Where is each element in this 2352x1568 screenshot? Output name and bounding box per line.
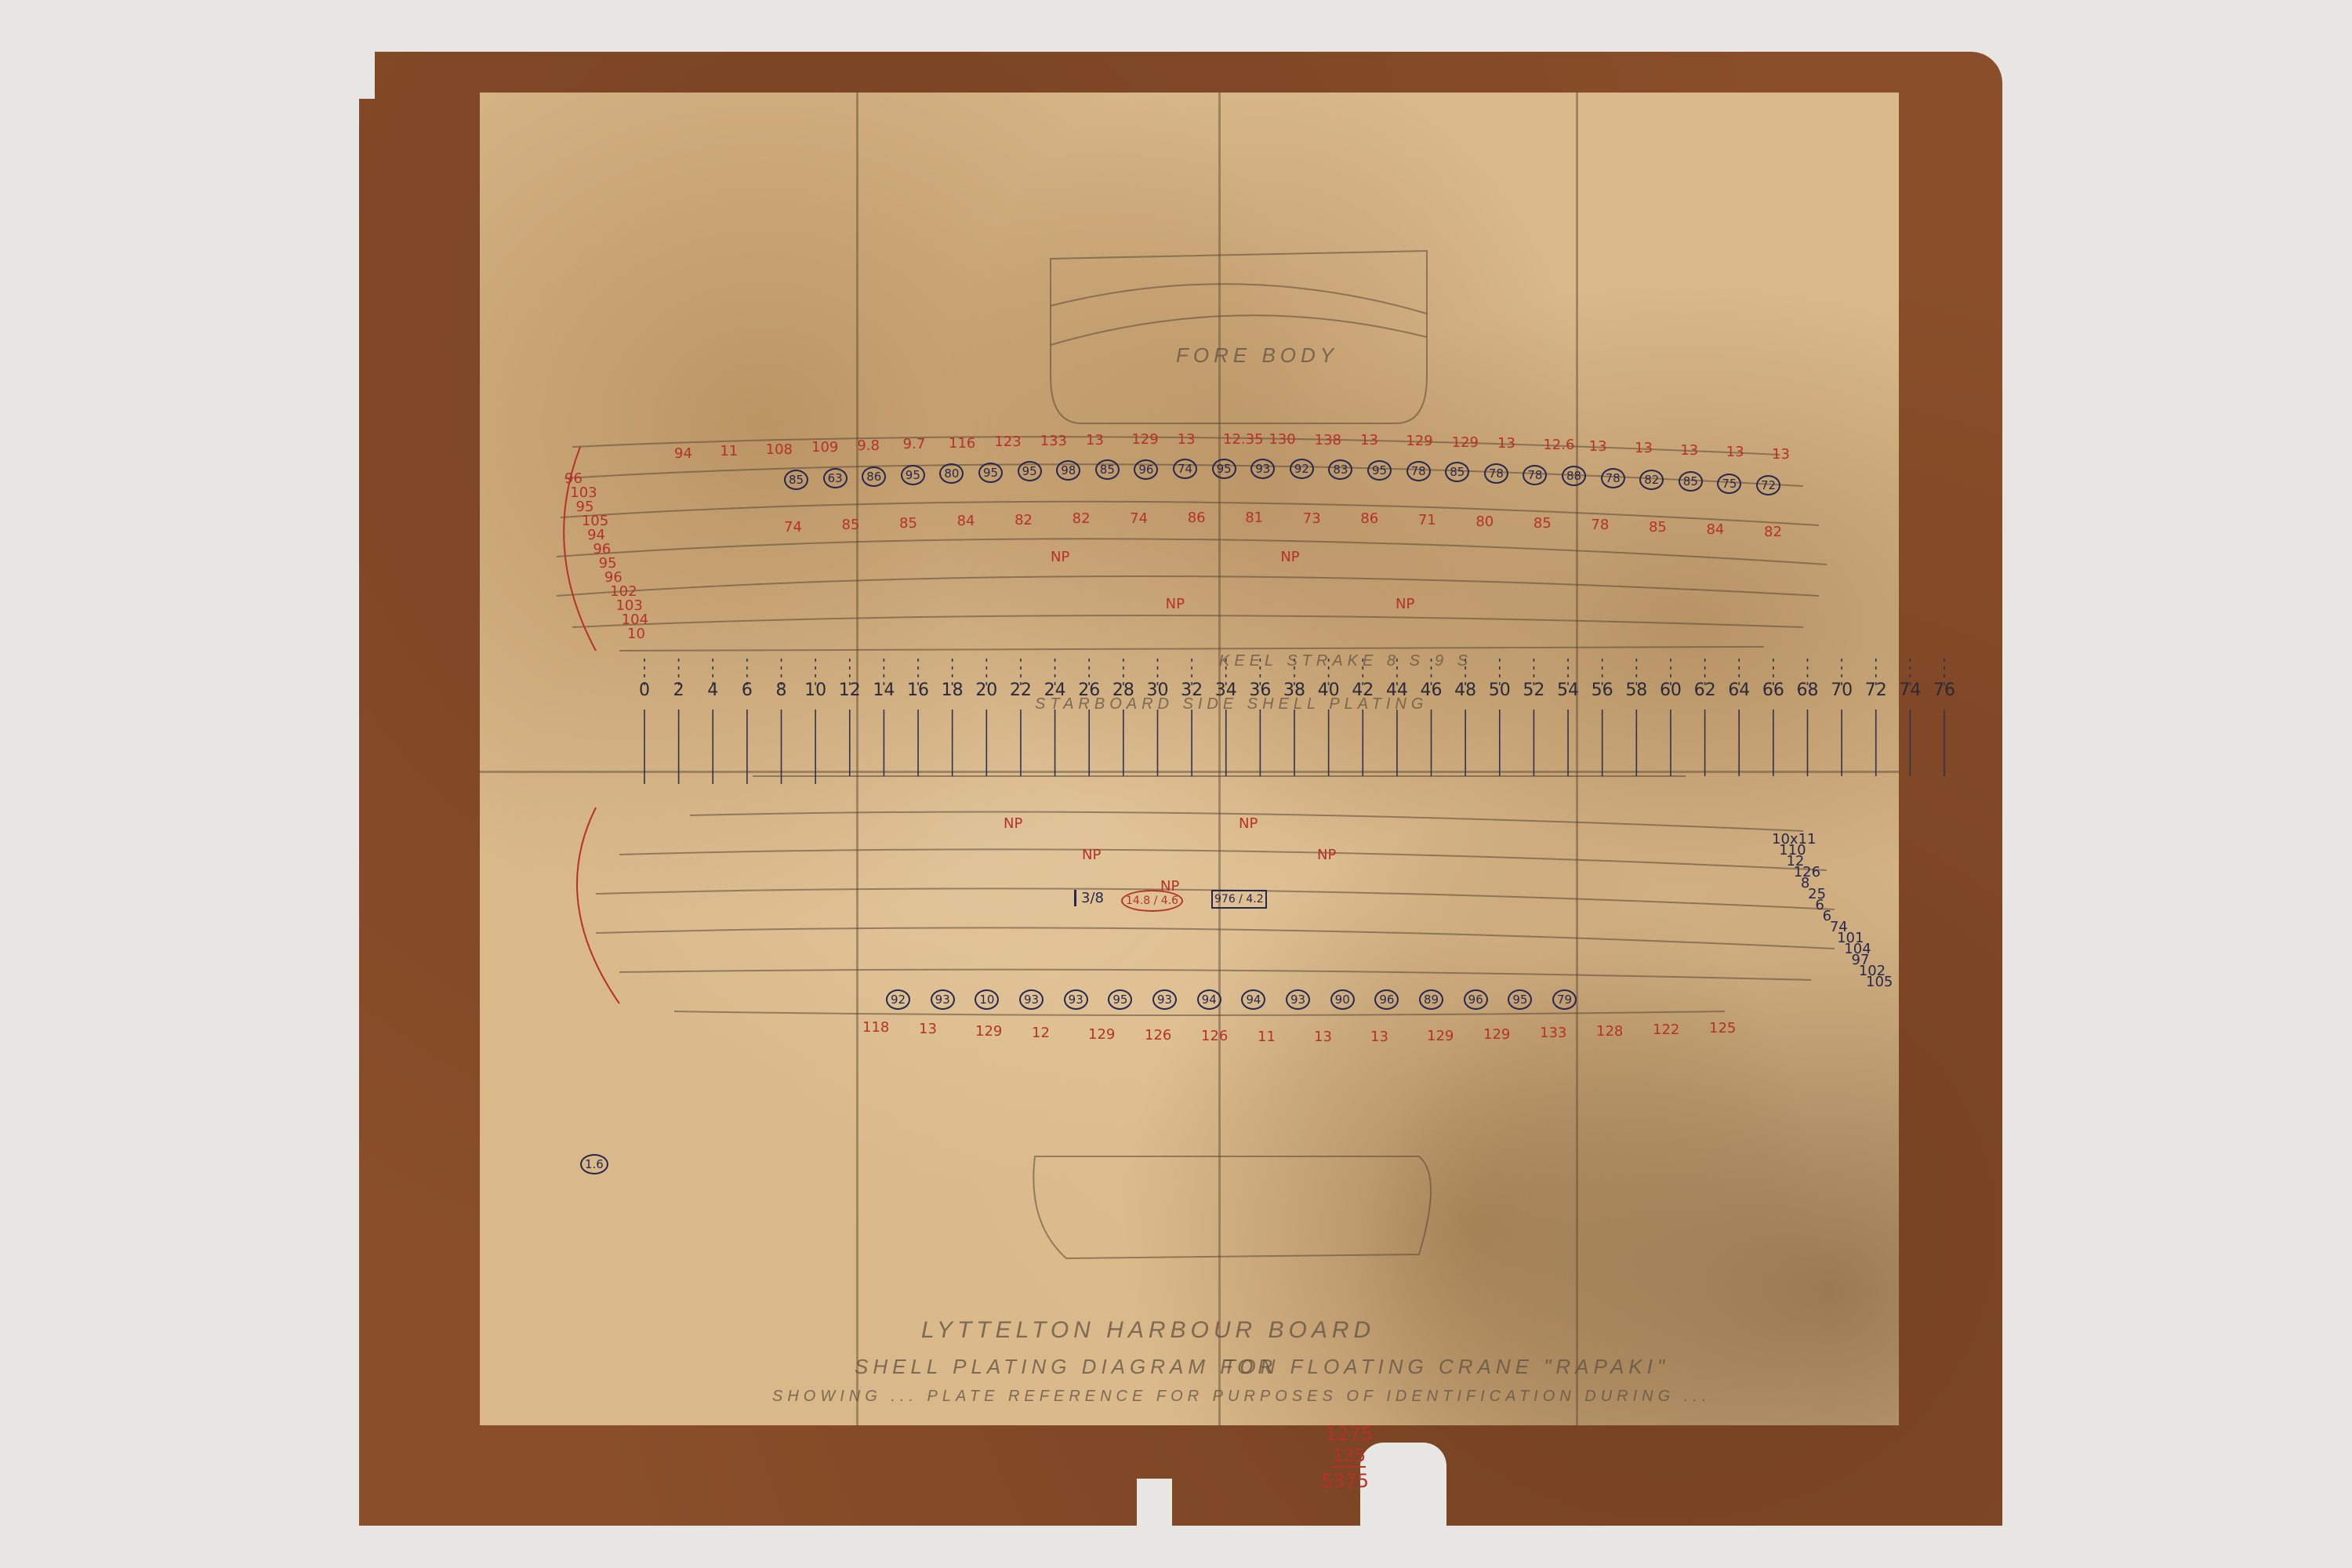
reading: 93 [931, 989, 955, 1010]
frame-number: 62 [1694, 681, 1716, 700]
reading: 9.7 [903, 436, 926, 452]
reading: 133 [1540, 1025, 1566, 1041]
frame-number: 54 [1557, 681, 1579, 700]
reading: 94 [1197, 989, 1221, 1010]
bottom-sum-1: 1275 [1325, 1423, 1373, 1445]
reading: 129 [975, 1023, 1002, 1040]
reading: 13 [1370, 1029, 1388, 1045]
reading: 63 [823, 468, 848, 488]
reading: 122 [1653, 1022, 1679, 1038]
reading: 129 [1131, 431, 1158, 448]
frame-number: 4 [707, 681, 718, 700]
reading: 108 [766, 441, 793, 458]
reading: 13 [1772, 446, 1790, 463]
reading: NP [1051, 549, 1069, 565]
circled-note: 1.6 [580, 1154, 608, 1174]
frame-number: 12 [839, 681, 861, 700]
frame-number: 50 [1489, 681, 1511, 700]
reading: 13 [919, 1021, 937, 1037]
reading: 95 [978, 463, 1003, 483]
frame-number: 76 [1933, 681, 1955, 700]
reading: 75 [1717, 474, 1741, 494]
frame-number: 8 [776, 681, 787, 700]
reading: 93 [1286, 989, 1310, 1010]
reading: 13 [1635, 440, 1653, 456]
frame-number: 22 [1010, 681, 1032, 700]
bracket-value-2: 14.8 / 4.6 [1121, 890, 1183, 912]
reading: 10 [627, 626, 645, 642]
reading: 74 [1130, 510, 1148, 527]
frame-number: 70 [1831, 681, 1853, 700]
reading: 93 [1064, 989, 1088, 1010]
reading: 89 [1419, 989, 1443, 1010]
frame-number: 56 [1592, 681, 1613, 700]
frame-number: 10 [804, 681, 826, 700]
reading: 94 [674, 445, 692, 462]
reading: 85 [1649, 519, 1667, 535]
reading: 78 [1523, 465, 1547, 485]
reading: 13 [1726, 444, 1744, 460]
reading: 125 [1709, 1020, 1736, 1036]
frame-number: 0 [639, 681, 650, 700]
frame-number: 74 [1899, 681, 1921, 700]
reading: 82 [1764, 524, 1782, 540]
reading: 12 [1032, 1025, 1050, 1041]
reading: 71 [1418, 512, 1436, 528]
reading: 129 [1406, 433, 1432, 449]
reading: 133 [1040, 433, 1067, 449]
reading: 96 [1464, 989, 1488, 1010]
reading: 95 [1018, 461, 1042, 481]
frame-number: 72 [1865, 681, 1887, 700]
reading: 74 [1173, 459, 1197, 479]
reading: 81 [1245, 510, 1263, 526]
frame-number: 60 [1660, 681, 1682, 700]
reading: 93 [1152, 989, 1177, 1010]
starboard-label: STARBOARD SIDE SHELL PLATING [1035, 695, 1428, 713]
reading: 73 [1303, 510, 1321, 527]
reading: 85 [1679, 471, 1703, 492]
frame-number: 66 [1762, 681, 1784, 700]
frame-number: 6 [742, 681, 753, 700]
title-line-2-right: TON FLOATING CRANE "RAPAKI" [1223, 1355, 1669, 1379]
reading: 85 [899, 515, 917, 532]
reading: NP [1166, 596, 1185, 612]
reading: 13 [1589, 438, 1607, 455]
reading: 118 [862, 1019, 889, 1036]
reading: 95 [1212, 459, 1236, 479]
reading: 86 [1360, 510, 1378, 527]
reading: 13 [1178, 431, 1196, 448]
reading: 12.6 [1543, 437, 1574, 453]
frame-number: 18 [942, 681, 964, 700]
reading: 11 [1258, 1029, 1276, 1045]
reading: 109 [811, 439, 838, 456]
reading: 78 [1484, 463, 1508, 484]
reading: 13 [1497, 435, 1515, 452]
reading: NP [1280, 549, 1299, 565]
reading: NP [1082, 847, 1101, 863]
reading: 95 [901, 465, 925, 485]
reading: 82 [1639, 470, 1664, 490]
title-line-3: SHOWING ... PLATE REFERENCE FOR PURPOSES… [772, 1388, 1711, 1406]
bottom-sum-3: 5375 [1321, 1470, 1369, 1492]
reading: 85 [842, 517, 860, 533]
reading: NP [1317, 847, 1336, 863]
reading: 86 [1188, 510, 1206, 526]
reading: 13 [1680, 442, 1698, 459]
reading: NP [1396, 596, 1414, 612]
reading: 90 [1330, 989, 1355, 1010]
bracket-value-1: 3/8 [1074, 890, 1104, 906]
keel-strake-label-2: 9 S [1435, 652, 1472, 670]
fore-body-label: FORE BODY [1176, 343, 1338, 368]
reading: 126 [1201, 1028, 1228, 1044]
reading: 105 [1866, 974, 1893, 990]
reading: 92 [886, 989, 910, 1010]
frame-number: 16 [907, 681, 929, 700]
reading: 85 [1095, 459, 1120, 480]
reading: 78 [1591, 517, 1609, 533]
title-line-2-left: SHELL PLATING DIAGRAM FOR [855, 1355, 1277, 1379]
reading: 12.35 [1223, 431, 1264, 448]
reading: 11 [720, 443, 738, 459]
reading: 126 [1145, 1027, 1171, 1044]
reading: 78 [1406, 461, 1431, 481]
reading: NP [1004, 815, 1022, 832]
reading: 95 [1367, 460, 1392, 481]
reading: 9.8 [857, 437, 880, 454]
reading: NP [1239, 815, 1258, 832]
reading: 84 [957, 513, 975, 529]
reading: 116 [949, 435, 975, 452]
bottom-sum-2: 135 [1333, 1446, 1366, 1468]
keel-strake-label: KEEL STRAKE 8 S [1219, 652, 1425, 670]
bracket-value-3: 976 / 4.2 [1211, 890, 1267, 909]
reading: 80 [1475, 514, 1494, 530]
reading: 129 [1483, 1026, 1510, 1043]
frame-number: 64 [1728, 681, 1750, 700]
reading: 129 [1452, 434, 1479, 451]
reading: 84 [1706, 521, 1724, 538]
reading: 82 [1014, 512, 1033, 528]
reading: 130 [1269, 431, 1295, 448]
reading: 82 [1073, 510, 1091, 527]
reading: 129 [1088, 1026, 1115, 1043]
frame-number: 14 [873, 681, 895, 700]
reading: 78 [1601, 468, 1625, 488]
frame-number: 20 [975, 681, 997, 700]
reading: 128 [1596, 1023, 1623, 1040]
frame-number: 58 [1625, 681, 1647, 700]
reading: 13 [1314, 1029, 1332, 1045]
reading: 93 [1019, 989, 1044, 1010]
reading: 85 [1534, 515, 1552, 532]
reading: 79 [1552, 989, 1577, 1010]
reading: 74 [784, 519, 802, 535]
reading: 13 [1360, 432, 1378, 448]
frame-number: 48 [1454, 681, 1476, 700]
reading: 86 [862, 466, 886, 487]
reading: 129 [1427, 1028, 1454, 1044]
frame-number: 2 [673, 681, 684, 700]
title-line-1: LYTTELTON HARBOUR BOARD [921, 1317, 1375, 1344]
frame-number: 68 [1796, 681, 1818, 700]
reading: 123 [994, 434, 1021, 450]
frame-number: 52 [1523, 681, 1544, 700]
reading: 13 [1086, 432, 1104, 448]
reading: 96 [1134, 459, 1158, 480]
reading: 138 [1315, 432, 1341, 448]
